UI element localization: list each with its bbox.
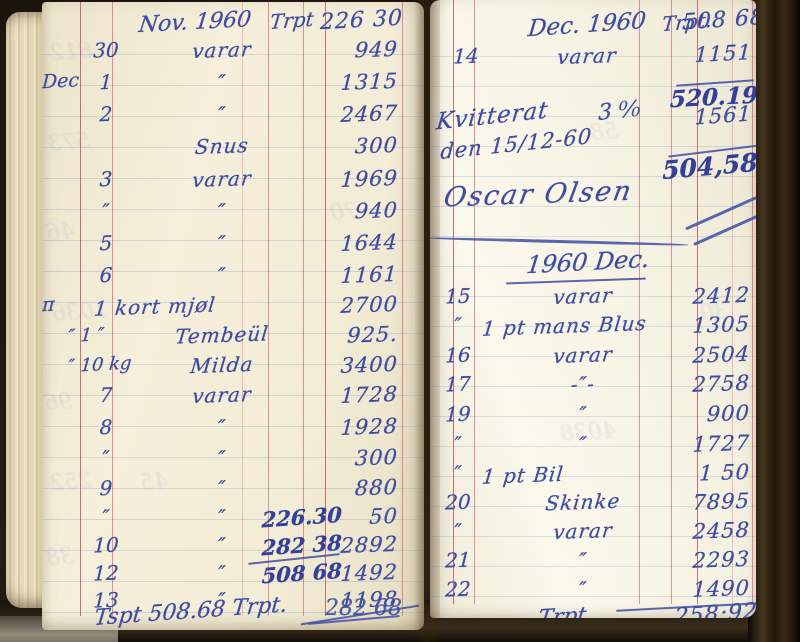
ledger-cell-d: 1 bbox=[80, 69, 133, 95]
ledger-cell-il: 1 kort mjøl bbox=[93, 289, 305, 320]
page-edges-stack bbox=[6, 12, 44, 608]
signature-slash bbox=[693, 209, 756, 245]
ledger-row: ″ 1 ″Tembeül925. bbox=[42, 323, 424, 353]
ledger-cell-a: 880 bbox=[329, 475, 398, 501]
ledger-cell-a: 50 bbox=[329, 504, 398, 530]
ledger-cell-a: 1928 bbox=[329, 414, 398, 440]
ledger-cell-i: ″ bbox=[137, 443, 307, 473]
ledger-cell-d: ″ bbox=[436, 518, 481, 544]
ledger-cell-d: 7 bbox=[80, 382, 133, 408]
ledger-row: ″″940 bbox=[42, 199, 424, 229]
ledger-cell-d: ″ bbox=[436, 312, 481, 338]
ledger-cell-i: varar bbox=[513, 341, 653, 370]
ledger-cell-d: ″ bbox=[80, 504, 133, 530]
ledger-cell-mid: 282 38 bbox=[250, 530, 343, 562]
book-gutter-shadow bbox=[414, 0, 440, 642]
ledger-row: ″″300 bbox=[42, 446, 424, 476]
ledger-cell-i: ″ bbox=[137, 196, 307, 226]
ledger-row: 3varar1969 bbox=[42, 167, 424, 197]
receipt-row-date: 14 bbox=[443, 43, 488, 69]
ledger-cell-i: Tembeül bbox=[137, 320, 307, 350]
ledger-cell-d: 15 bbox=[436, 283, 481, 309]
ledger-cell-a: 2467 bbox=[329, 101, 398, 127]
ledger-row: 19″900 bbox=[430, 402, 756, 432]
ledger-cell-a: 2758 bbox=[675, 371, 750, 398]
ledger-cell-i: ″ bbox=[137, 228, 307, 258]
receipt-fee-amount: 1561 bbox=[680, 101, 752, 130]
ledger-cell-i: varar bbox=[513, 282, 653, 311]
ledger-row: 7varar1728 bbox=[42, 383, 424, 413]
ledger-page-right: Dec. 1960 Trpt. 508 68 14 varar 1151 520… bbox=[430, 0, 756, 618]
ledger-cell-d: 17 bbox=[436, 371, 481, 397]
receipt-row-item: varar bbox=[517, 42, 657, 71]
ledger-cell-d: 2 bbox=[80, 101, 133, 127]
ledger-cell-i: varar bbox=[137, 164, 307, 194]
ledger-cell-a: 2700 bbox=[329, 292, 398, 318]
ledger-cell-i: Milda bbox=[137, 350, 307, 380]
ledger-cell-a: 1161 bbox=[329, 262, 398, 288]
ledger-row: Dec1″1315 bbox=[42, 70, 424, 100]
ledger-row: 5″1644 bbox=[42, 231, 424, 261]
ledger-cell-d: 30 bbox=[80, 37, 133, 63]
ledger-row: 6″1161 bbox=[42, 263, 424, 293]
ledger-cell-i: ″ bbox=[137, 67, 307, 97]
ledger-row: 8″1928 bbox=[42, 415, 424, 445]
ledger-cell-a: 1305 bbox=[675, 312, 750, 339]
ledger-cell-i: -″- bbox=[513, 370, 653, 399]
ledger-cell-d: ″ bbox=[436, 460, 481, 486]
right-header-transport-amount: 508 68 bbox=[682, 5, 754, 35]
ledger-cell-a: 949 bbox=[329, 37, 398, 63]
ledger-row: ″1 pt Bil1 50 bbox=[430, 461, 756, 491]
ledger-row: 9″880 bbox=[42, 476, 424, 506]
ledger-row: 20Skinke7895 bbox=[430, 490, 756, 520]
ledger-cell-a: 1727 bbox=[675, 431, 750, 458]
ledger-cell-i: varar bbox=[137, 35, 307, 65]
ledger-cell-i: ″ bbox=[513, 400, 653, 429]
ledger-cell-d: ″ bbox=[80, 198, 133, 224]
ledger-row: 10″282 382892 bbox=[42, 533, 424, 563]
ledger-cell-mid: 226.30 bbox=[250, 502, 343, 534]
ledger-row: ″″1727 bbox=[430, 432, 756, 462]
ledger-cell-a: 1969 bbox=[329, 166, 398, 192]
ledger-cell-a: 1315 bbox=[329, 69, 398, 95]
ledger-cell-m: π bbox=[42, 292, 89, 316]
ledger-row: ″″226.3050 bbox=[42, 505, 424, 535]
ledger-row: ″1 pt mans Blus1305 bbox=[430, 313, 756, 343]
ledger-cell-a: 300 bbox=[329, 133, 398, 159]
receipt-row-amount: 1151 bbox=[678, 40, 753, 68]
ledger-row: Snus300 bbox=[42, 134, 424, 164]
left-header-transport-amount: 226 30 bbox=[320, 6, 401, 35]
ledger-row: ″ 10 kgMilda3400 bbox=[42, 353, 424, 383]
ledger-cell-d: 20 bbox=[436, 489, 481, 515]
ledger-cell-d: 16 bbox=[436, 342, 481, 368]
ledger-cell-i: ″ bbox=[513, 575, 653, 604]
ledger-row: 17-″-2758 bbox=[430, 372, 756, 402]
signature-slash bbox=[685, 193, 756, 230]
ledger-cell-a: 1 50 bbox=[675, 460, 750, 487]
left-header-transport-label: Trpt bbox=[269, 6, 325, 34]
ledger-cell-d: ″ bbox=[436, 431, 481, 457]
ledger-cell-i: varar bbox=[513, 517, 653, 546]
ledger-cell-il: 1 pt mans Blus bbox=[481, 309, 693, 340]
ledger-row: 16varar2504 bbox=[430, 343, 756, 373]
ledger-photo: Nov. 1960 Trpt 226 30 30varar949Dec1″131… bbox=[0, 0, 800, 642]
ledger-row: 30varar949 bbox=[42, 38, 424, 68]
ledger-cell-i: ″ bbox=[137, 473, 307, 503]
ledger-cell-i: ″ bbox=[513, 546, 653, 575]
ledger-cell-a: 2504 bbox=[675, 342, 750, 369]
ledger-cell-d: 9 bbox=[80, 475, 133, 501]
ledger-cell-a: 940 bbox=[329, 198, 398, 224]
ledger-row: ″varar2458 bbox=[430, 519, 756, 549]
ledger-row: 15varar2412 bbox=[430, 284, 756, 314]
ledger-cell-i: ″ bbox=[137, 99, 307, 129]
ledger-cell-a: 900 bbox=[675, 401, 750, 428]
ledger-cell-d: 6 bbox=[80, 262, 133, 288]
ledger-row: 12″508 681492 bbox=[42, 561, 424, 591]
left-footer-struck-amount: 282 68 bbox=[310, 596, 402, 621]
ledger-cell-d: 5 bbox=[80, 230, 133, 256]
receipt-signature: Oscar Olsen bbox=[441, 174, 696, 214]
ledger-cell-d: 12 bbox=[80, 560, 133, 586]
ledger-cell-d: 8 bbox=[80, 414, 133, 440]
ledger-cell-a: 1490 bbox=[675, 576, 750, 603]
ledger-cell-d: ″ bbox=[80, 445, 133, 471]
ledger-cell-i: ″ bbox=[137, 260, 307, 290]
ledger-cell-a: 7895 bbox=[675, 489, 750, 516]
ledger-cell-d: 22 bbox=[436, 576, 481, 602]
ledger-cell-a: 2458 bbox=[675, 518, 750, 545]
ledger-cell-a: 3400 bbox=[329, 352, 398, 378]
ledger-page-left: Nov. 1960 Trpt 226 30 30varar949Dec1″131… bbox=[42, 2, 424, 630]
ledger-cell-i: Snus bbox=[137, 131, 307, 161]
ledger-cell-a: 1728 bbox=[329, 382, 398, 408]
ledger-cell-i: varar bbox=[137, 380, 307, 410]
ledger-cell-i: ″ bbox=[513, 430, 653, 459]
ledger-cell-a: 925. bbox=[329, 322, 398, 348]
ledger-cell-il: 1 pt Bil bbox=[481, 457, 693, 488]
ledger-cell-i: Skinke bbox=[513, 488, 653, 517]
ledger-row: π1 kort mjøl2700 bbox=[42, 293, 424, 323]
right-subheader: 1960 Dec. bbox=[508, 244, 667, 280]
ledger-cell-d: 3 bbox=[80, 166, 133, 192]
ledger-cell-d: 10 bbox=[80, 532, 133, 558]
ledger-cell-a: 2412 bbox=[675, 283, 750, 310]
ledger-row: 21″2293 bbox=[430, 548, 756, 578]
ledger-cell-a: 2293 bbox=[675, 547, 750, 574]
ledger-cell-a: 1644 bbox=[329, 230, 398, 256]
ledger-cell-a: 1492 bbox=[329, 560, 398, 586]
left-header-month: Nov. 1960 bbox=[119, 6, 272, 39]
ledger-cell-i: ″ bbox=[137, 412, 307, 442]
ledger-cell-d: 21 bbox=[436, 547, 481, 573]
ledger-cell-a: 300 bbox=[329, 445, 398, 471]
ledger-cell-d: 19 bbox=[436, 401, 481, 427]
ledger-row: 2″2467 bbox=[42, 102, 424, 132]
